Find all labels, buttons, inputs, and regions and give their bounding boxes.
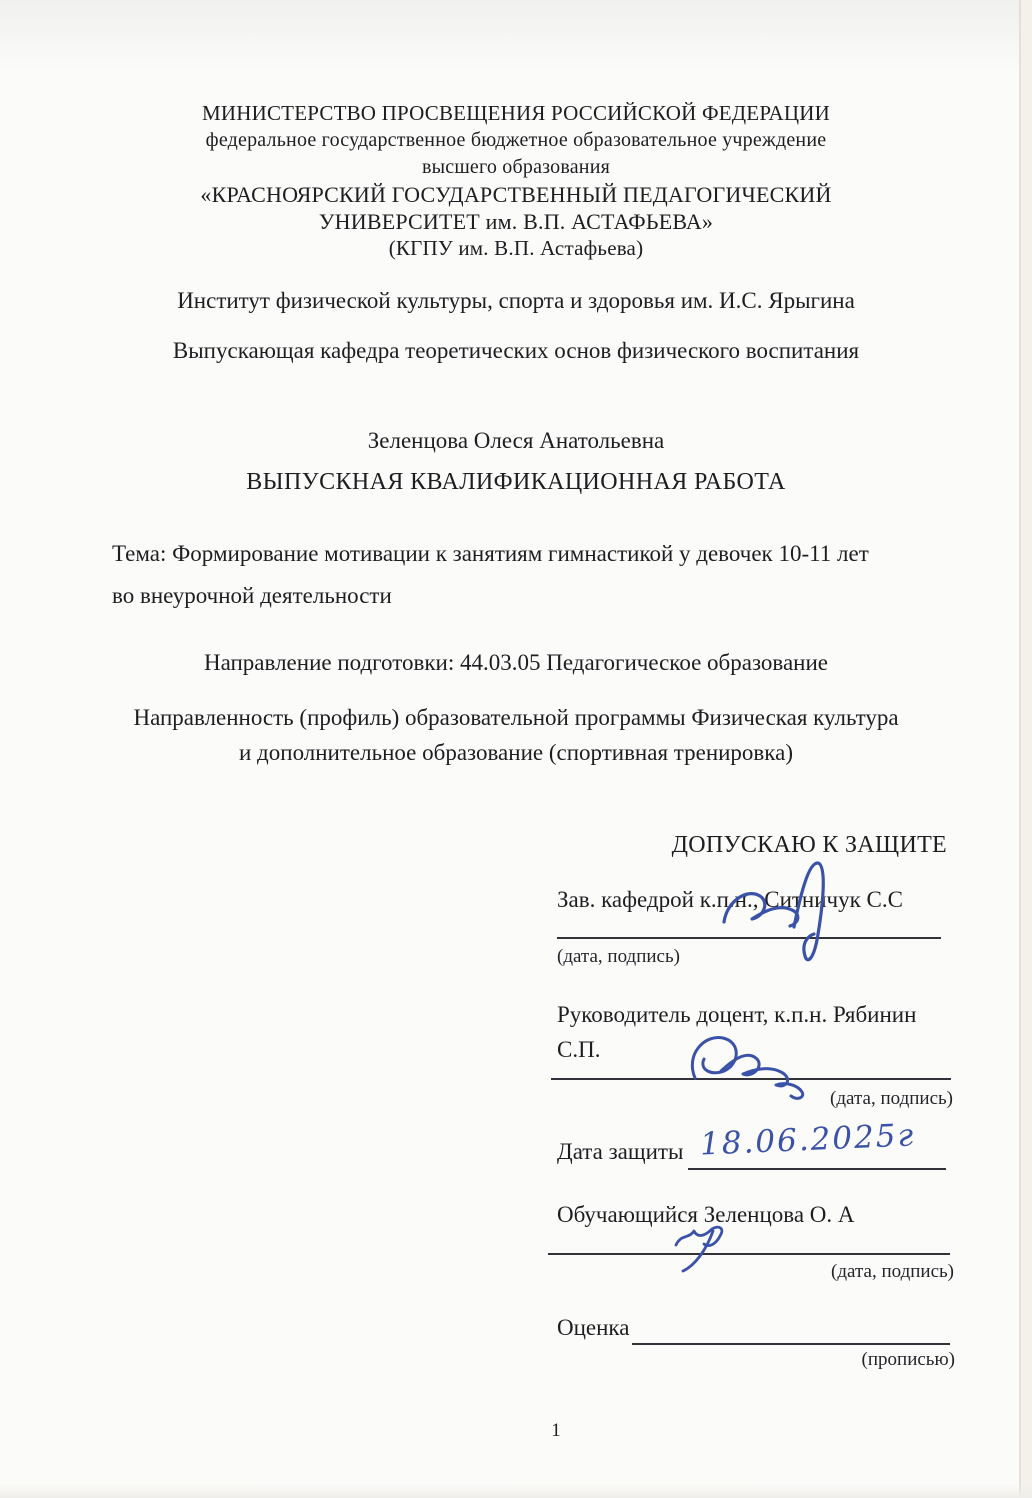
department-head-caption: (дата, подпись): [557, 946, 680, 968]
department-head-signature-ink: [710, 848, 880, 968]
university-name-line-2: УНИВЕРСИТЕТ им. В.П. АСТАФЬЕВА»: [0, 208, 1032, 235]
org-type-line-2: высшего образования: [0, 154, 1032, 181]
work-type-title: ВЫПУСКНАЯ КВАЛИФИКАЦИОННАЯ РАБОТА: [0, 469, 1032, 496]
thesis-theme-line-2: во внеурочной деятельности: [112, 575, 978, 617]
supervisor-signature-ink: [681, 1026, 816, 1106]
grade-label: Оценка: [557, 1315, 629, 1341]
scan-shadow-top: [0, 0, 1032, 72]
thesis-theme-line-1: Тема: Формирование мотивации к занятиям …: [112, 533, 978, 575]
university-name-line-1: «КРАСНОЯРСКИЙ ГОСУДАРСТВЕННЫЙ ПЕДАГОГИЧЕ…: [0, 181, 1032, 208]
institute-line: Институт физической культуры, спорта и з…: [0, 288, 1032, 314]
grade-caption: (прописью): [557, 1349, 955, 1371]
header-block: МИНИСТЕРСТВО ПРОСВЕЩЕНИЯ РОССИЙСКОЙ ФЕДЕ…: [0, 100, 1032, 262]
scan-shadow-bottom: [0, 1484, 1032, 1498]
program-profile-line-2: и дополнительное образование (спортивная…: [0, 735, 1032, 770]
university-abbreviation: (КГПУ им. В.П. Астафьева): [0, 235, 1032, 262]
thesis-theme: Тема: Формирование мотивации к занятиям …: [112, 533, 978, 617]
program-profile-line-1: Направленность (профиль) образовательной…: [0, 700, 1032, 735]
department-line: Выпускающая кафедра теоретических основ …: [0, 338, 1032, 364]
page-number: 1: [0, 1420, 1032, 1442]
grade-line: [632, 1321, 950, 1345]
ministry-line: МИНИСТЕРСТВО ПРОСВЕЩЕНИЯ РОССИЙСКОЙ ФЕДЕ…: [0, 100, 1032, 127]
study-direction: Направление подготовки: 44.03.05 Педагог…: [0, 650, 1032, 676]
defense-date-label: Дата защиты: [557, 1139, 683, 1165]
program-profile: Направленность (профиль) образовательной…: [0, 700, 1032, 770]
org-type-line-1: федеральное государственное бюджетное об…: [0, 127, 1032, 154]
scanned-title-page: МИНИСТЕРСТВО ПРОСВЕЩЕНИЯ РОССИЙСКОЙ ФЕДЕ…: [0, 0, 1032, 1498]
author-name: Зеленцова Олеся Анатольевна: [0, 428, 1032, 454]
student-signature-ink: [668, 1218, 758, 1276]
